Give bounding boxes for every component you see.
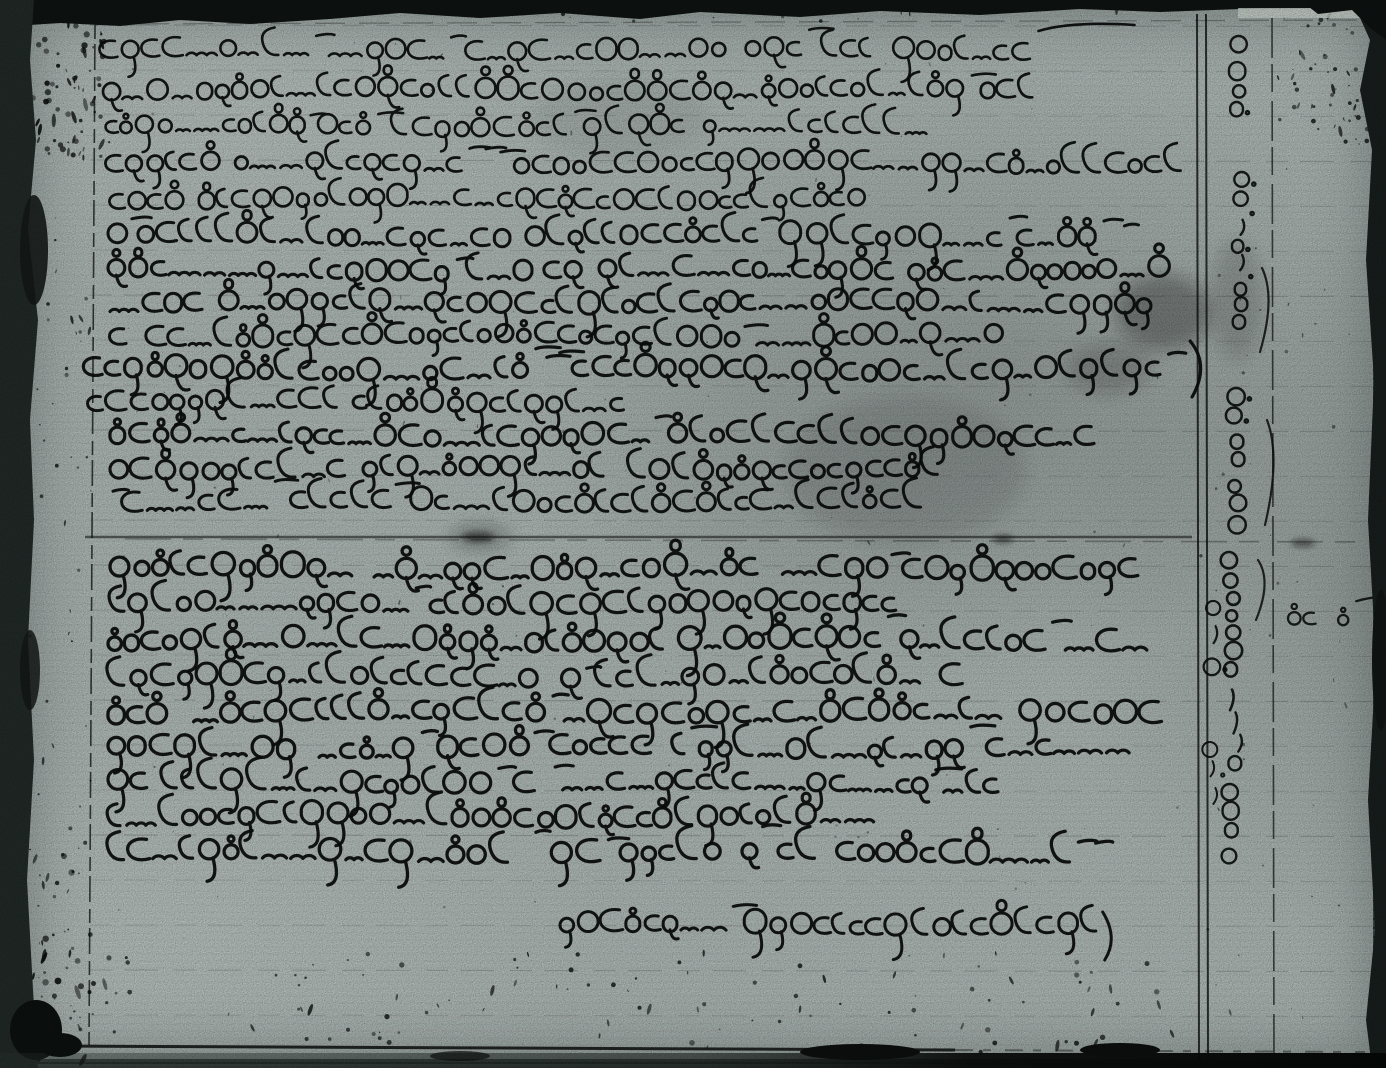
film-grain-overlay bbox=[0, 0, 1386, 1068]
photograph bbox=[0, 0, 1386, 1068]
manuscript-artwork bbox=[0, 0, 1386, 1068]
